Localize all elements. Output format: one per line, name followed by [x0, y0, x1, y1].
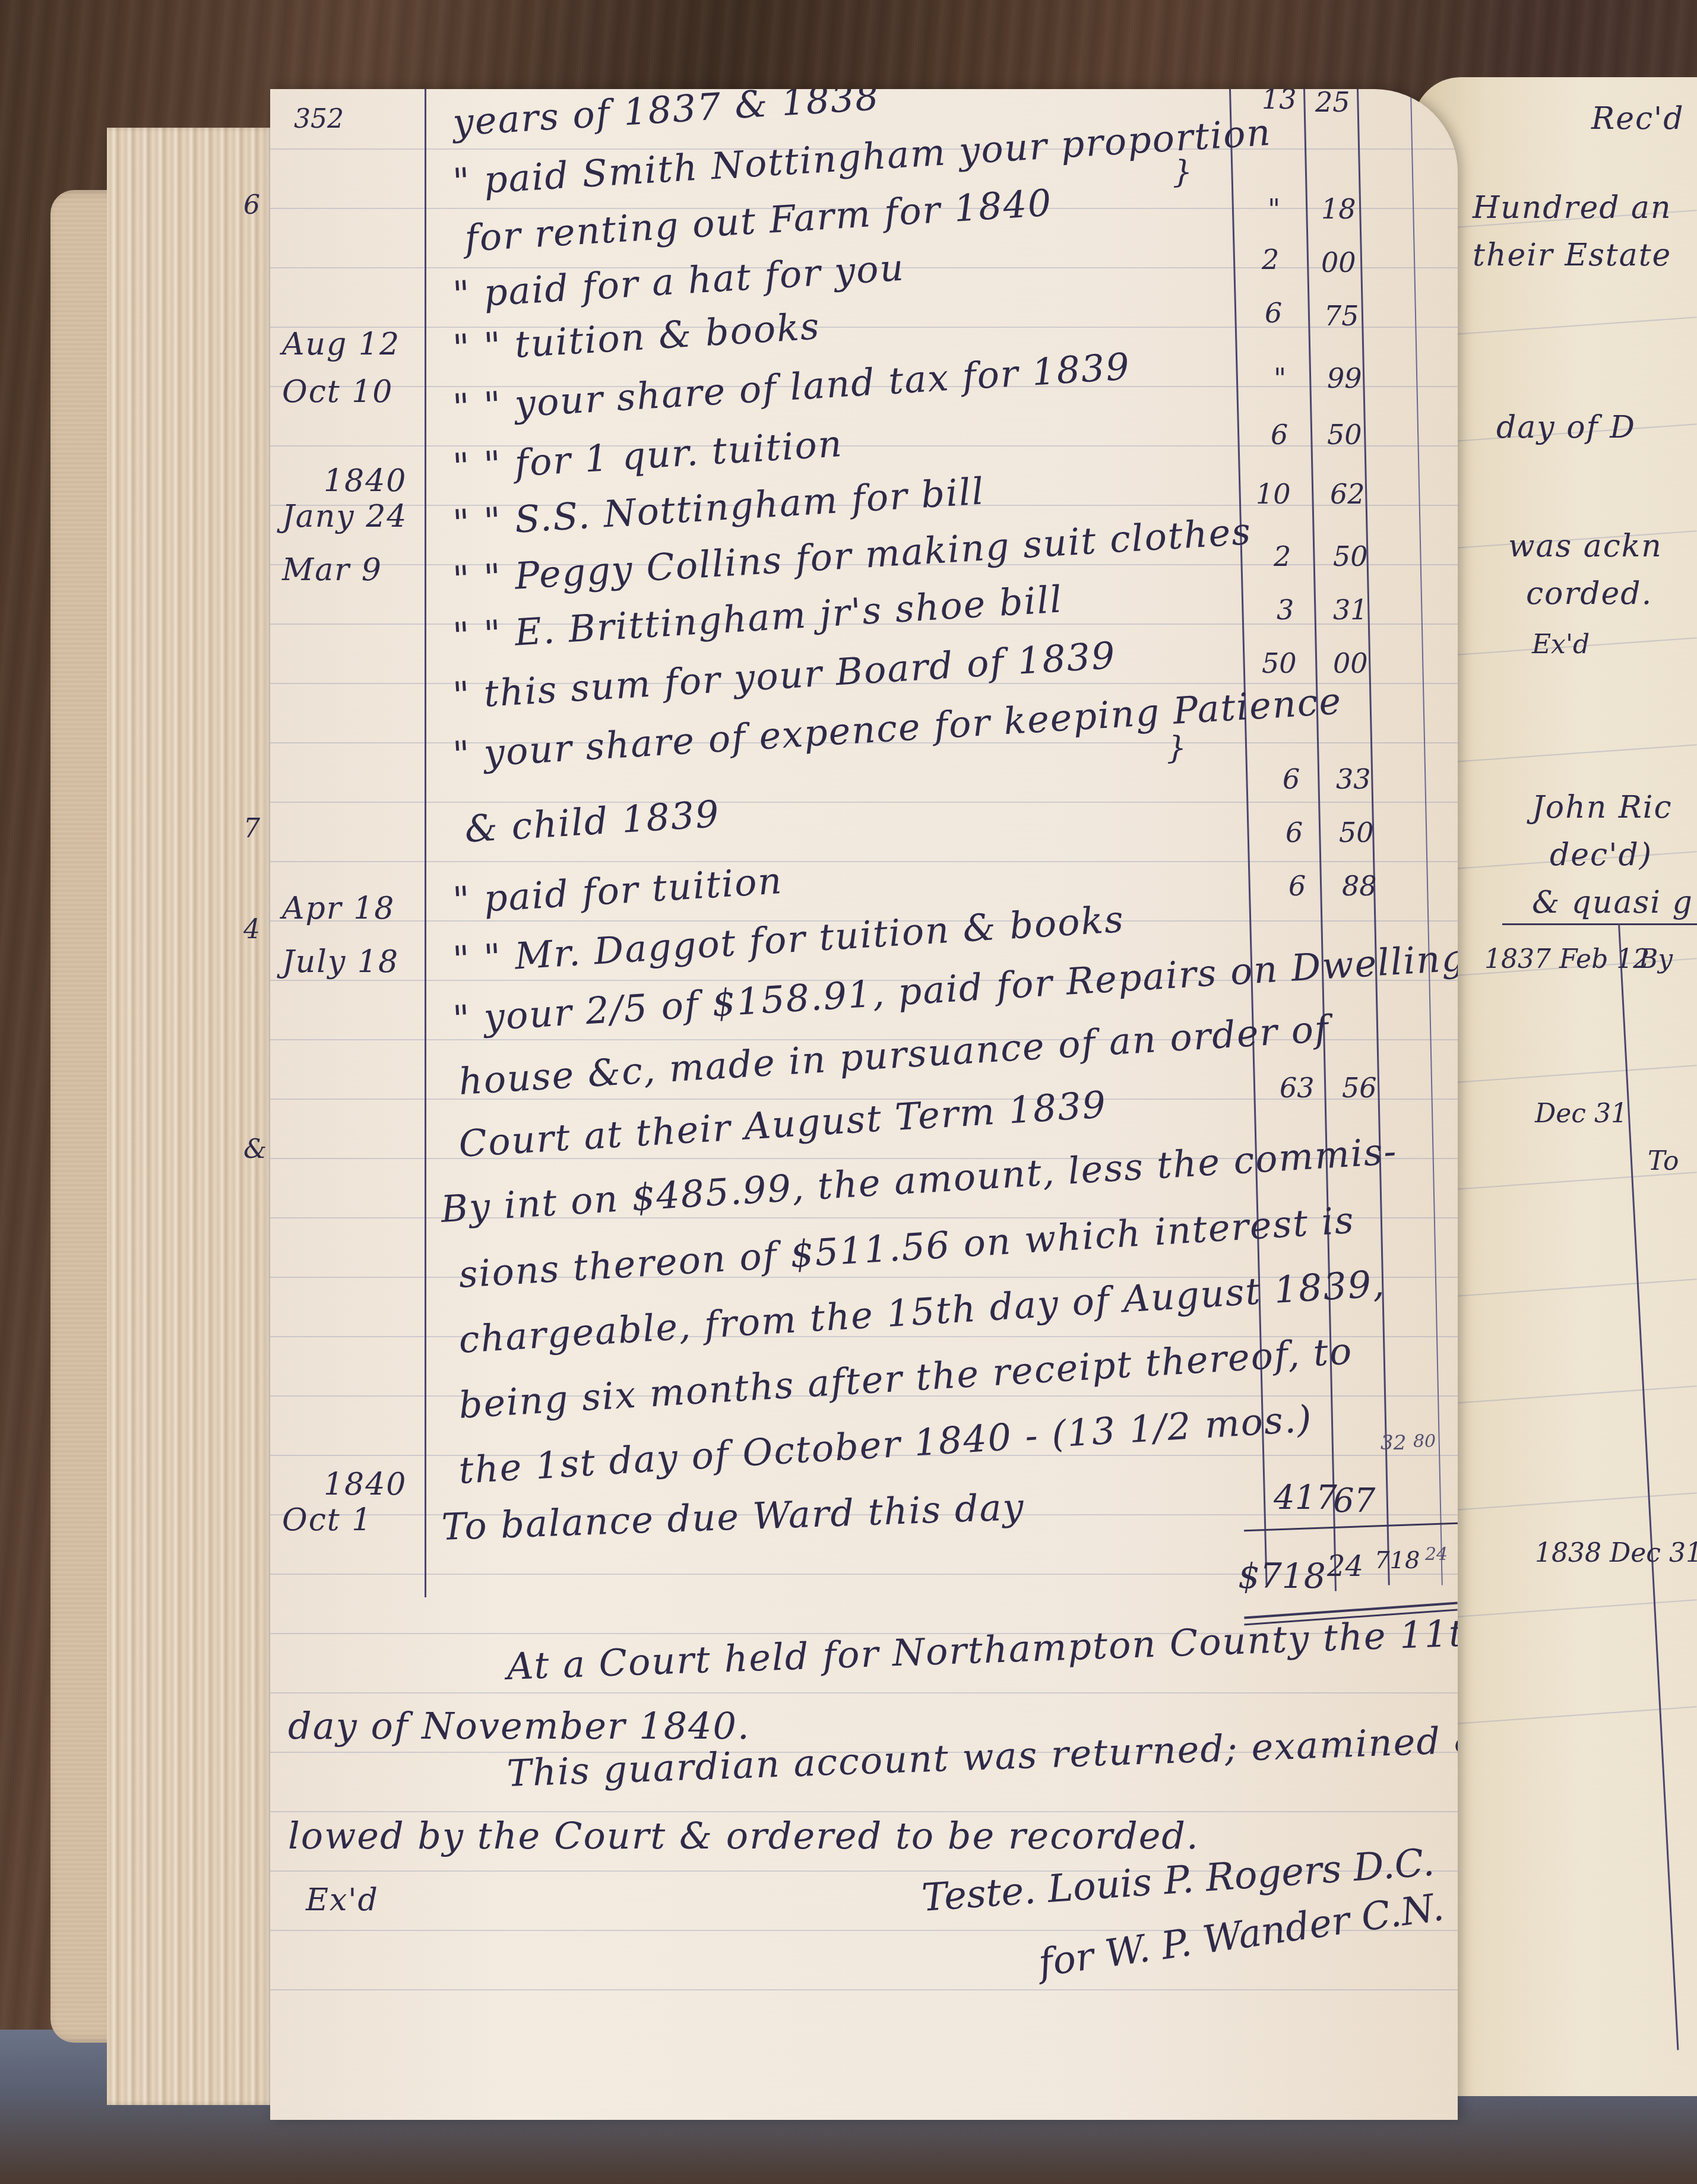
- facing-text-line: Hundred an: [1473, 190, 1672, 226]
- court-note-line: At a Court held for Northampton County t…: [506, 1610, 1458, 1688]
- ruled-line: [270, 802, 1458, 803]
- facing-text-line: dec'd): [1550, 837, 1652, 873]
- brace-mark: }: [1173, 154, 1193, 190]
- amount-cents: 31: [1333, 594, 1368, 626]
- facing-ledger-text: By: [1639, 944, 1673, 974]
- facing-exd-mark: Ex'd: [1532, 629, 1590, 660]
- amount-dollars: 2: [1262, 243, 1279, 276]
- amount-cents: 33: [1336, 763, 1371, 795]
- page-number: 352: [294, 104, 344, 134]
- amount-cents: 62: [1330, 478, 1365, 510]
- entry-description: " paid for tuition: [452, 859, 784, 922]
- entry-description: To balance due Ward this day: [441, 1485, 1025, 1549]
- facing-text-line: John Ric: [1532, 790, 1673, 825]
- amount-dollars: 6: [1265, 297, 1282, 329]
- facing-ledger-date: Dec 31: [1535, 1099, 1628, 1129]
- credit-dollars: 32: [1381, 1431, 1406, 1455]
- total-debit-dollars: $718: [1238, 1556, 1326, 1596]
- entry-year: 1840: [324, 463, 407, 499]
- amount-cents: 18: [1321, 193, 1356, 225]
- entry-description: & child 1839: [464, 792, 721, 851]
- balance-dollars: 417: [1274, 1479, 1337, 1517]
- amount-dollars: 6: [1283, 763, 1300, 795]
- facing-ledger-date: 1838 Dec 31: [1535, 1538, 1697, 1568]
- margin-mark: 7: [243, 814, 260, 844]
- amount-dollars: 6: [1271, 419, 1288, 451]
- amount-cents: 25: [1315, 89, 1350, 118]
- amount-dollars: 3: [1277, 594, 1294, 626]
- amount-cents: 00: [1321, 246, 1356, 278]
- total-debit-cents: 24: [1327, 1550, 1363, 1583]
- facing-text-line: was ackn: [1508, 528, 1663, 564]
- amount-cents: 99: [1327, 362, 1362, 394]
- amount-dollars: 6: [1286, 816, 1303, 849]
- facing-text-line: corded.: [1526, 576, 1652, 612]
- margin-mark: 6: [243, 190, 260, 220]
- facing-text-line: Rec'd: [1591, 101, 1685, 137]
- amount-cents: 50: [1339, 816, 1374, 849]
- ruled-line: [270, 861, 1458, 862]
- facing-ledger-text: To: [1648, 1146, 1679, 1176]
- entry-date: Aug 12: [282, 327, 400, 362]
- entry-date: Oct 10: [282, 374, 393, 410]
- facing-date-column-line: [1618, 923, 1679, 2050]
- entry-description: " " tuition & books: [452, 304, 822, 370]
- examined-mark: Ex'd: [306, 1882, 379, 1918]
- amount-dollars: ": [1274, 362, 1286, 394]
- ruled-line: [270, 1692, 1458, 1694]
- entry-description: years of 1837 & 1838: [452, 89, 881, 144]
- facing-text-line: day of D: [1496, 410, 1636, 445]
- ruled-line: [270, 1989, 1458, 1990]
- amount-dollars: 10: [1256, 478, 1291, 510]
- total-credit-dollars: 718: [1375, 1547, 1420, 1574]
- balance-cents: 67: [1333, 1482, 1375, 1520]
- entry-description: " " for 1 qur. tuition: [452, 422, 844, 489]
- facing-header-underline: [1502, 923, 1697, 925]
- credit-cents-line: [1410, 89, 1443, 1585]
- margin-mark: 4: [243, 914, 260, 945]
- ledger-page: 352 Aug 12 Oct 10 1840 Jany 24 Mar 9 Apr…: [270, 89, 1458, 2120]
- total-rule-line: [1244, 1523, 1458, 1532]
- credit-cents: 80: [1413, 1431, 1436, 1452]
- ruled-line: [270, 1811, 1458, 1812]
- entry-date: Mar 9: [282, 552, 382, 588]
- page-stack-edges: [107, 128, 273, 2105]
- amount-dollars: 13: [1262, 89, 1297, 115]
- entry-date: Jany 24: [282, 499, 407, 534]
- amount-cents: 00: [1333, 647, 1368, 679]
- date-column-line: [425, 89, 426, 1597]
- entry-date: Apr 18: [282, 891, 395, 926]
- amount-dollars: 6: [1288, 870, 1306, 902]
- brace-mark: }: [1167, 730, 1188, 766]
- total-credit-cents: 24: [1425, 1544, 1448, 1565]
- amount-cents: 56: [1342, 1072, 1377, 1104]
- amount-dollars: 63: [1280, 1072, 1315, 1104]
- facing-ledger-date: 1837 Feb 12: [1484, 944, 1649, 974]
- amount-cents: 50: [1333, 540, 1368, 572]
- amount-dollars: ": [1268, 193, 1280, 225]
- amount-dollars: 2: [1274, 540, 1291, 572]
- amount-cents: 75: [1324, 300, 1359, 332]
- entry-date: July 18: [282, 944, 399, 980]
- margin-mark: &: [243, 1134, 267, 1164]
- facing-text-line: & quasi g: [1532, 885, 1693, 920]
- amount-cents: 88: [1342, 870, 1377, 902]
- entry-date: Oct 1: [282, 1502, 372, 1538]
- entry-year: 1840: [324, 1467, 407, 1502]
- court-note-line: day of November 1840.: [288, 1704, 751, 1748]
- court-note-line: lowed by the Court & ordered to be recor…: [288, 1814, 1199, 1857]
- amount-cents: 50: [1327, 419, 1362, 451]
- facing-text-line: their Estate: [1473, 238, 1671, 273]
- amount-dollars: 50: [1262, 647, 1297, 679]
